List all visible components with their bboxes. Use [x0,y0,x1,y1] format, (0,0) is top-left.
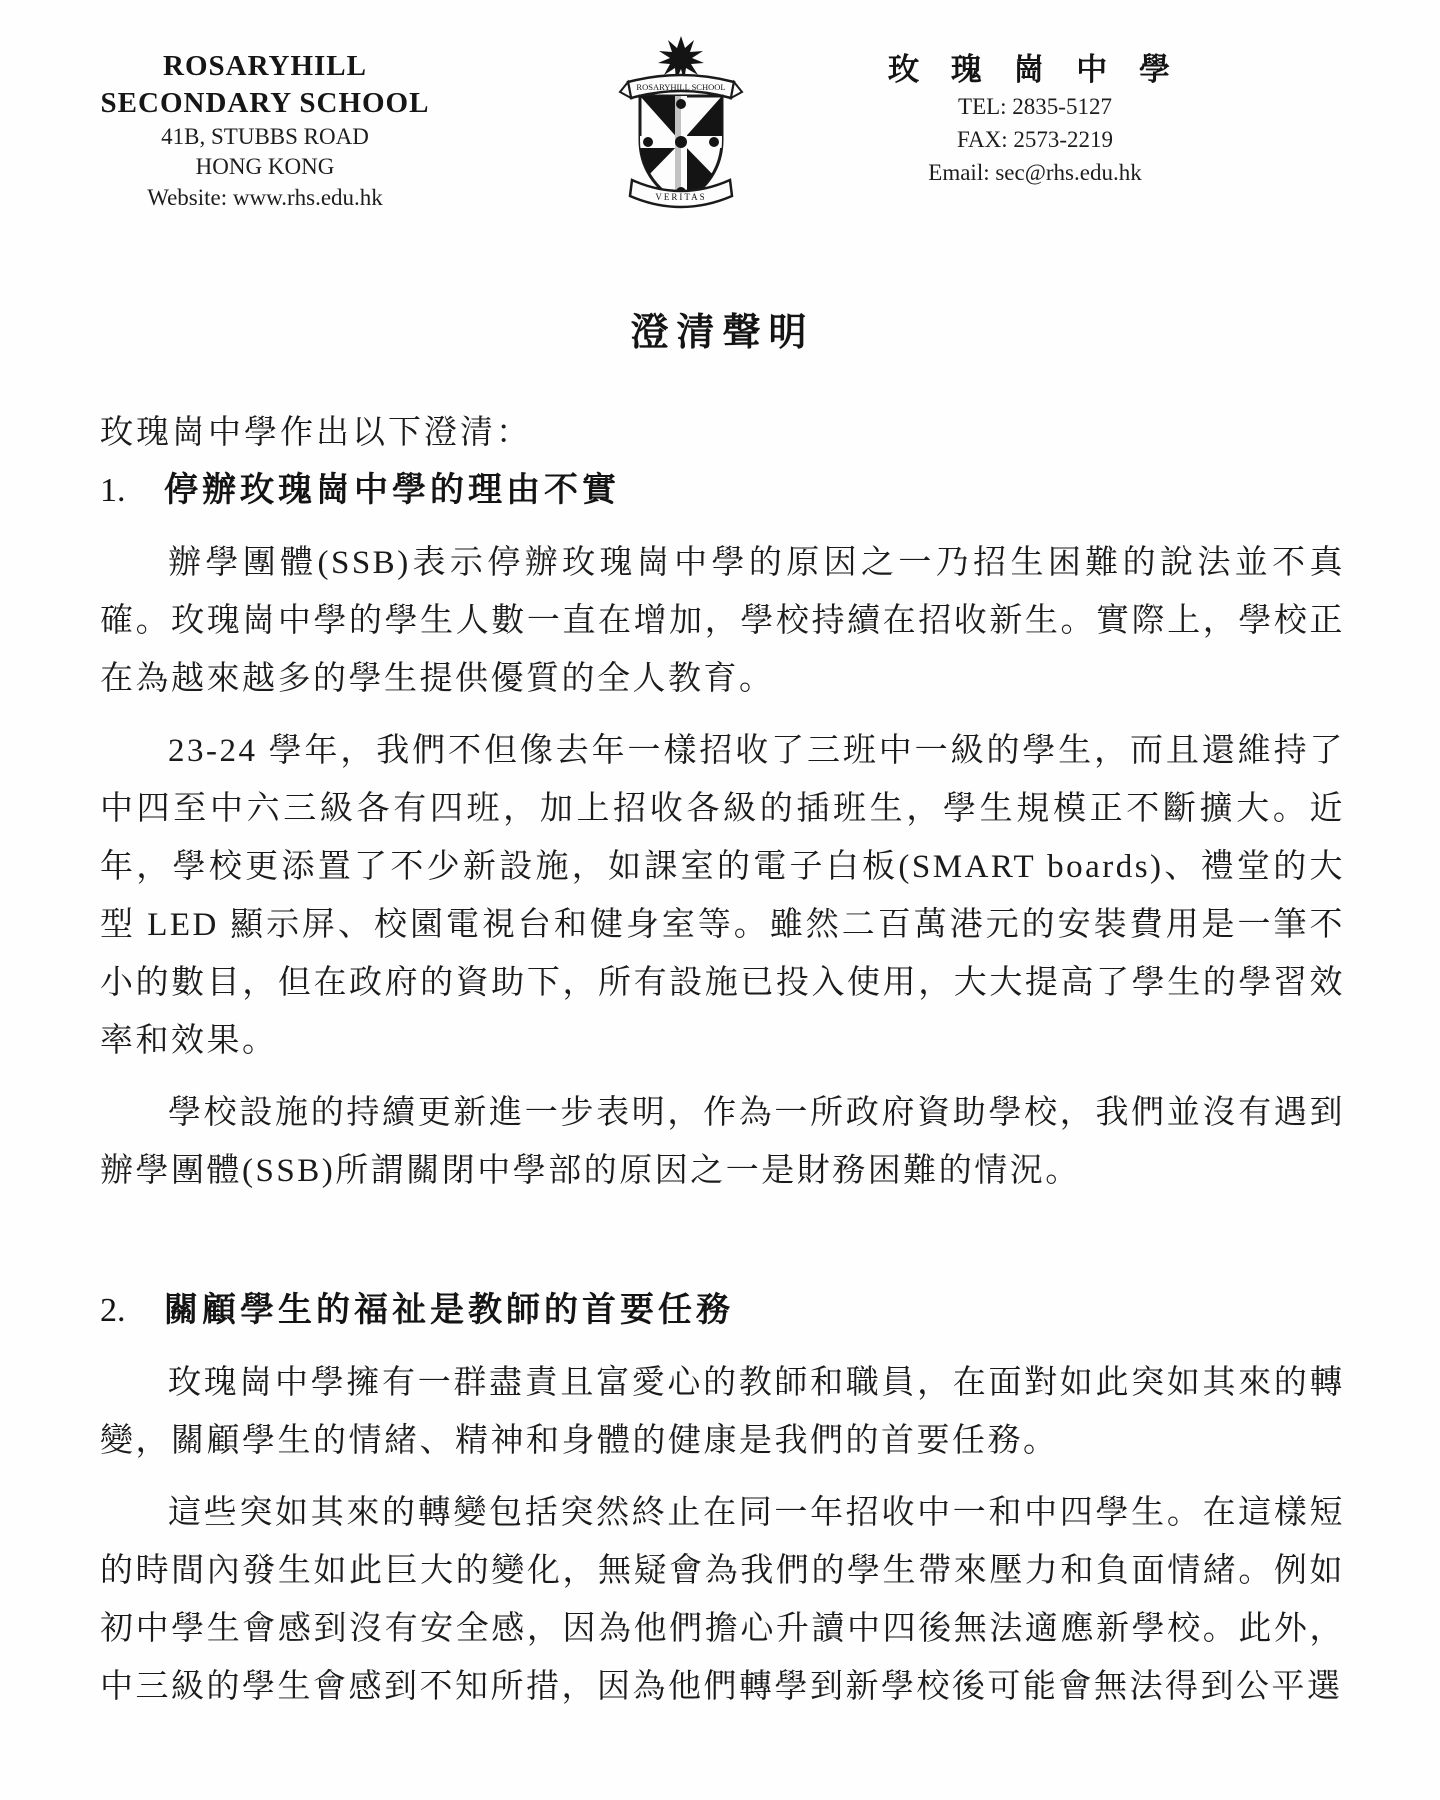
section-2-number: 2. [100,1282,164,1340]
letterhead: ROSARYHILL SECONDARY SCHOOL 41B, STUBBS … [100,34,1345,221]
school-info-chinese: 玫 瑰 崗 中 學 TEL: 2835-5127 FAX: 2573-2219 … [885,34,1185,189]
paragraph: 這些突如其來的轉變包括突然終止在同一年招收中一和中四學生。在這樣短的時間內發生如… [100,1484,1345,1716]
section-2: 2. 關顧學生的福祉是教師的首要任務 玫瑰崗中學擁有一群盡責且富愛心的教師和職員… [100,1282,1345,1716]
document-title: 澄清聲明 [100,301,1345,356]
address-line2: HONG KONG [100,152,430,182]
address-line1: 41B, STUBBS ROAD [100,122,430,152]
school-info-english: ROSARYHILL SECONDARY SCHOOL 41B, STUBBS … [100,34,430,214]
svg-text:ROSARYHILL SCHOOL: ROSARYHILL SCHOOL [636,82,725,92]
paragraph: 學校設施的持續更新進一步表明，作為一所政府資助學校，我們並沒有遇到辦學團體(SS… [100,1084,1345,1200]
tel-line: TEL: 2835-5127 [885,90,1185,123]
svg-text:VERITAS: VERITAS [655,192,706,202]
section-1-heading: 1. 停辦玫瑰崗中學的理由不實 [100,462,1345,520]
section-2-heading: 2. 關顧學生的福祉是教師的首要任務 [100,1282,1345,1340]
paragraph: 23-24 學年，我們不但像去年一樣招收了三班中一級的學生，而且還維持了中四至中… [100,722,1345,1070]
paragraph: 玫瑰崗中學擁有一群盡責且富愛心的教師和職員，在面對如此突如其來的轉變，關顧學生的… [100,1354,1345,1470]
crest-icon: ROSARYHILL SCHOOL [618,34,744,216]
website-line: Website: www.rhs.edu.hk [100,182,430,214]
school-crest-logo: ROSARYHILL SCHOOL [618,34,748,221]
email-line: Email: sec@rhs.edu.hk [885,156,1185,189]
section-2-title: 關顧學生的福祉是教師的首要任務 [164,1282,734,1340]
section-1-number: 1. [100,462,164,520]
school-name-zh: 玫 瑰 崗 中 學 [885,50,1185,90]
fax-line: FAX: 2573-2219 [885,123,1185,156]
school-name-en-line1: ROSARYHILL [100,48,430,85]
section-1-title: 停辦玫瑰崗中學的理由不實 [164,462,620,520]
school-name-en-line2: SECONDARY SCHOOL [100,85,430,122]
section-1: 1. 停辦玫瑰崗中學的理由不實 辦學團體(SSB)表示停辦玫瑰崗中學的原因之一乃… [100,462,1345,1200]
document-intro: 玫瑰崗中學作出以下澄清： [100,404,1345,462]
scanned-letter-page: ROSARYHILL SECONDARY SCHOOL 41B, STUBBS … [0,0,1440,1800]
paragraph: 辦學團體(SSB)表示停辦玫瑰崗中學的原因之一乃招生困難的說法並不真確。玫瑰崗中… [100,534,1345,708]
